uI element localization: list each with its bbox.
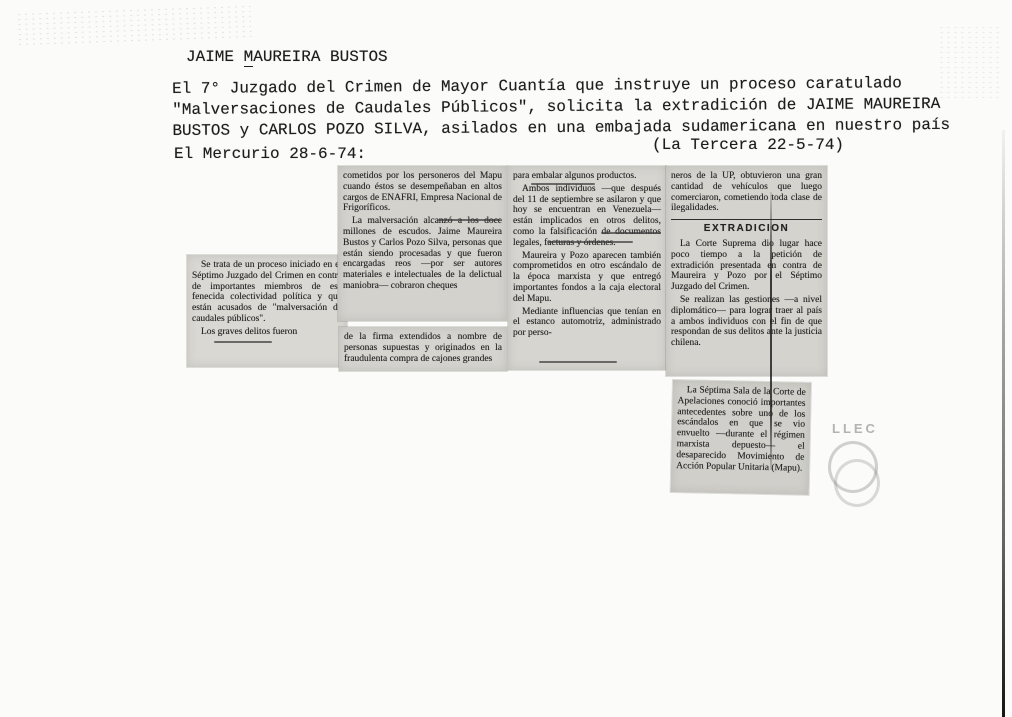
extradicion-heading: EXTRADICION (671, 219, 822, 235)
scan-noise-speckle (15, 4, 251, 46)
source-la-tercera: (La Tercera 22-5-74) (652, 136, 844, 154)
clipping-paragraph: La malversación alcanzó a los doce millo… (343, 216, 502, 292)
pen-underline-mark (547, 241, 633, 243)
title-underlined-letter: M (244, 48, 254, 67)
clipping-paragraph: Los graves delitos fueron (192, 327, 342, 338)
clipping-paragraph: Maureira y Pozo aparecen también comprom… (513, 251, 661, 305)
page-title: JAIME MAUREIRA BUSTOS (186, 48, 388, 66)
clipping-paragraph: Se realizan las gestiones —a nivel diplo… (671, 295, 822, 349)
pen-underline-mark (539, 361, 617, 363)
clipping-paragraph: Mediante influencias que tenían en el es… (513, 307, 661, 339)
clipping-paragraph: Se trata de un proceso iniciado en el Sé… (192, 260, 342, 325)
source-el-mercurio: El Mercurio 28-6-74: (174, 145, 366, 163)
pen-underline-mark (438, 219, 500, 221)
stamp-partial-text: LLEC (832, 421, 878, 436)
news-clipping-column-2-bottom: de la firma extendidos a nombre de perso… (339, 327, 507, 371)
news-clipping-column-4-bottom: La Séptima Sala de la Corte de Apelacion… (671, 380, 811, 495)
clipping-paragraph: de la firma extendidos a nombre de perso… (344, 332, 502, 364)
scan-edge-line (1002, 130, 1005, 717)
news-clipping-column-1: Se trata de un proceso iniciado en el Sé… (187, 255, 347, 367)
intro-paragraph: El 7° Juzgado del Crimen de Mayor Cuantí… (172, 73, 950, 142)
clipping-paragraph: cometidos por los personeros del Mapu cu… (343, 171, 502, 214)
clipping-paragraph: Ambos individuos —que después del 11 de … (513, 184, 661, 249)
news-clipping-column-4: neros de la UP, obtuvieron una gran cant… (666, 166, 827, 376)
scanned-document-page: JAIME MAUREIRA BUSTOS El 7° Juzgado del … (0, 0, 1012, 717)
news-clipping-column-2-top: cometidos por los personeros del Mapu cu… (338, 166, 507, 321)
news-clipping-column-3: para embalar algunos productos. Ambos in… (508, 166, 666, 370)
title-rest: AUREIRA BUSTOS (253, 48, 387, 66)
pen-underline-mark (601, 232, 661, 234)
clipping-paragraph: neros de la UP, obtuvieron una gran cant… (671, 171, 822, 214)
pen-underline-mark (531, 183, 595, 185)
title-prefix: JAIME (186, 48, 244, 66)
clipping-paragraph: La Corte Suprema dio lugar hace poco tie… (671, 239, 822, 293)
pen-underline-mark (214, 341, 272, 343)
archive-stamp: LLEC (800, 415, 910, 525)
clipping-paragraph: La Séptima Sala de la Corte de Apelacion… (676, 385, 806, 474)
stamp-circle-icon (834, 459, 880, 507)
fold-line-mark (770, 192, 772, 470)
clipping-paragraph: para embalar algunos productos. (513, 171, 661, 182)
